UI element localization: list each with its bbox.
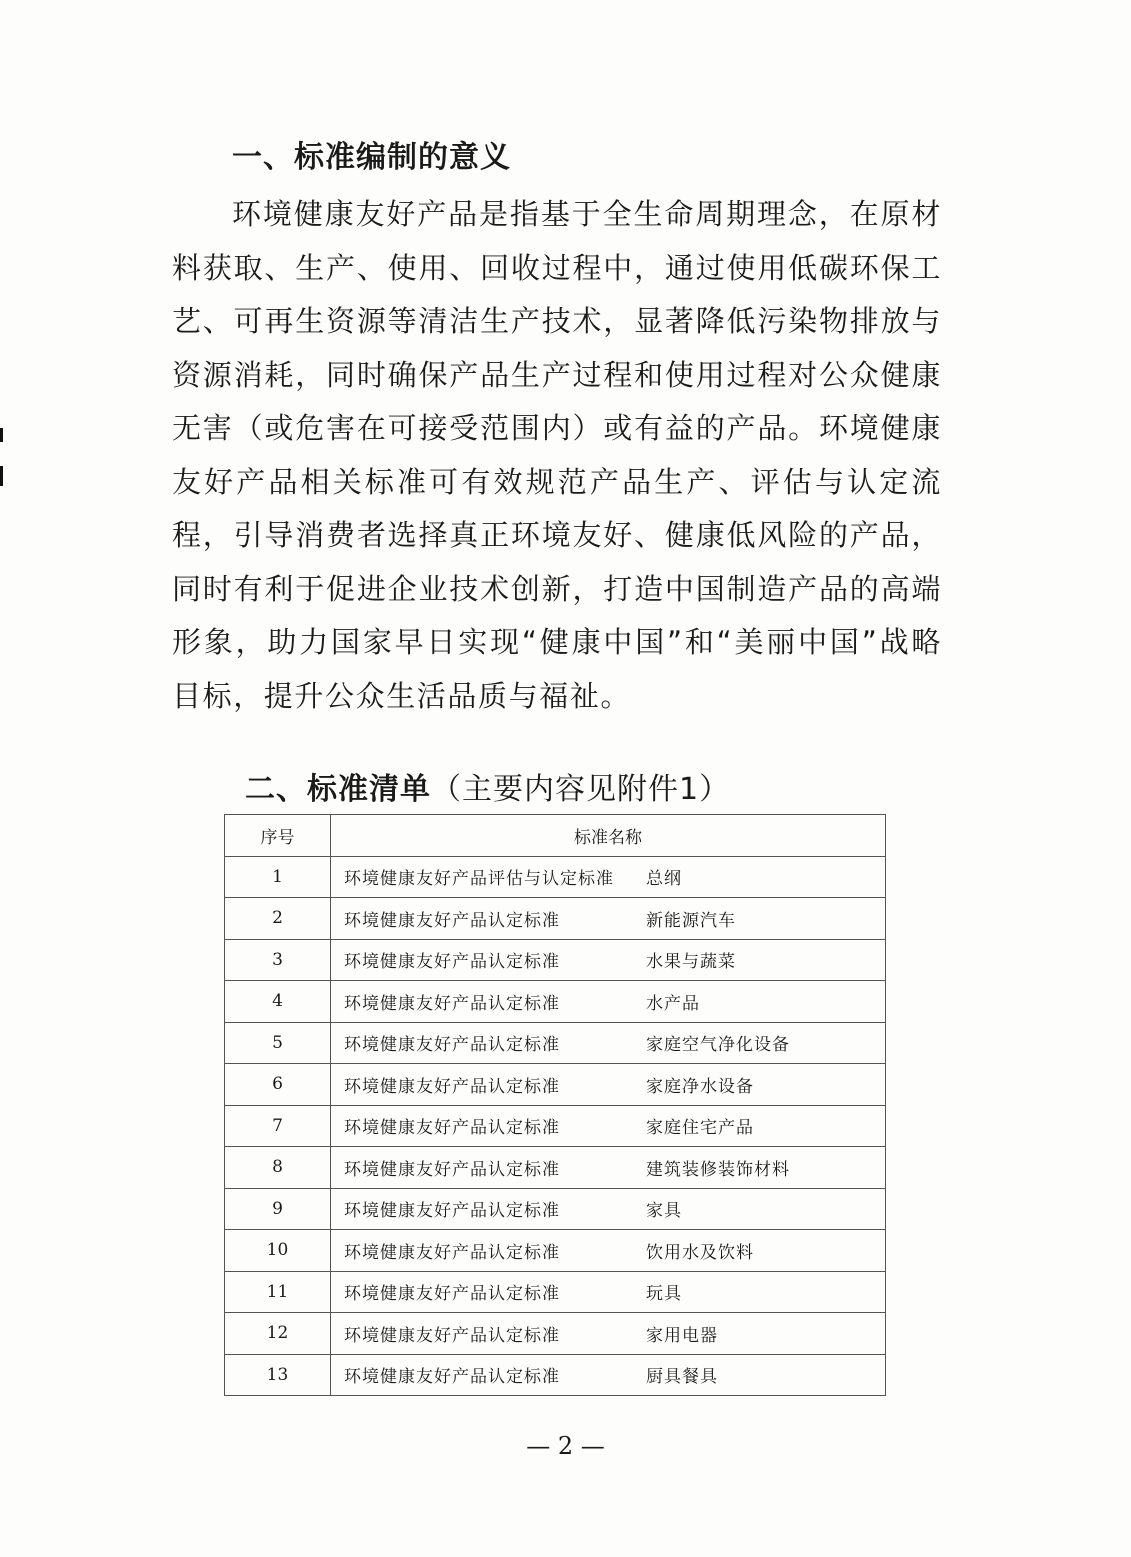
document-page: 一、标准编制的意义 环境健康友好产品是指基于全生命周期理念，在原材料获取、生产、… bbox=[0, 0, 1131, 1557]
standard-name-category: 家庭净水设备 bbox=[646, 1072, 754, 1097]
binding-mark-bottom bbox=[0, 466, 3, 486]
standard-name-cell: 环境健康友好产品认定标准厨具餐具 bbox=[331, 1354, 886, 1396]
standard-name-cell: 环境健康友好产品认定标准家庭住宅产品 bbox=[331, 1105, 886, 1147]
standard-name-category: 新能源汽车 bbox=[646, 906, 736, 931]
table-row: 10环境健康友好产品认定标准饮用水及饮料 bbox=[225, 1230, 886, 1272]
standard-name-cell: 环境健康友好产品认定标准家庭空气净化设备 bbox=[331, 1022, 886, 1064]
standard-name-prefix: 环境健康友好产品认定标准 bbox=[344, 1030, 646, 1055]
section2-heading-title: 二、标准清单 bbox=[245, 772, 431, 807]
table-row: 8环境健康友好产品认定标准建筑装修装饰材料 bbox=[225, 1147, 886, 1189]
standard-name-category: 玩具 bbox=[646, 1279, 682, 1304]
table-row: 11环境健康友好产品认定标准玩具 bbox=[225, 1271, 886, 1313]
section2-heading: 二、标准清单（主要内容见附件1） bbox=[245, 764, 730, 808]
standard-name-cell: 环境健康友好产品评估与认定标准总纲 bbox=[331, 856, 886, 898]
standard-name-prefix: 环境健康友好产品认定标准 bbox=[344, 1238, 646, 1263]
standard-name-prefix: 环境健康友好产品认定标准 bbox=[344, 1362, 646, 1387]
standard-name-cell: 环境健康友好产品认定标准新能源汽车 bbox=[331, 898, 886, 940]
standard-name-cell: 环境健康友好产品认定标准水产品 bbox=[331, 981, 886, 1023]
serial-number-cell: 11 bbox=[225, 1271, 331, 1313]
serial-number-cell: 13 bbox=[225, 1354, 331, 1396]
standard-name-cell: 环境健康友好产品认定标准家用电器 bbox=[331, 1313, 886, 1355]
standard-name-category: 厨具餐具 bbox=[646, 1362, 718, 1387]
serial-number-cell: 4 bbox=[225, 981, 331, 1023]
serial-number-cell: 12 bbox=[225, 1313, 331, 1355]
standard-name-category: 水果与蔬菜 bbox=[646, 947, 736, 972]
standard-name-category: 总纲 bbox=[646, 864, 682, 889]
standard-name-category: 水产品 bbox=[646, 989, 700, 1014]
standard-name-category: 建筑装修装饰材料 bbox=[646, 1155, 790, 1180]
page-number: — 2 — bbox=[0, 1432, 1131, 1460]
serial-number-cell: 10 bbox=[225, 1230, 331, 1272]
section1-paragraph: 环境健康友好产品是指基于全生命周期理念，在原材料获取、生产、使用、回收过程中，通… bbox=[172, 188, 942, 723]
header-serial-number: 序号 bbox=[225, 815, 331, 857]
serial-number-cell: 1 bbox=[225, 856, 331, 898]
standard-name-prefix: 环境健康友好产品认定标准 bbox=[344, 989, 646, 1014]
table-row: 3环境健康友好产品认定标准水果与蔬菜 bbox=[225, 939, 886, 981]
table-row: 12环境健康友好产品认定标准家用电器 bbox=[225, 1313, 886, 1355]
serial-number-cell: 2 bbox=[225, 898, 331, 940]
table-row: 7环境健康友好产品认定标准家庭住宅产品 bbox=[225, 1105, 886, 1147]
serial-number-cell: 9 bbox=[225, 1188, 331, 1230]
standard-name-category: 家用电器 bbox=[646, 1321, 718, 1346]
serial-number-cell: 6 bbox=[225, 1064, 331, 1106]
table-row: 9环境健康友好产品认定标准家具 bbox=[225, 1188, 886, 1230]
table-row: 13环境健康友好产品认定标准厨具餐具 bbox=[225, 1354, 886, 1396]
standard-name-cell: 环境健康友好产品认定标准水果与蔬菜 bbox=[331, 939, 886, 981]
standard-name-category: 家具 bbox=[646, 1196, 682, 1221]
standard-name-prefix: 环境健康友好产品认定标准 bbox=[344, 1072, 646, 1097]
standard-name-prefix: 环境健康友好产品认定标准 bbox=[344, 947, 646, 972]
standard-name-cell: 环境健康友好产品认定标准建筑装修装饰材料 bbox=[331, 1147, 886, 1189]
table-header-row: 序号 标准名称 bbox=[225, 815, 886, 857]
standard-name-prefix: 环境健康友好产品认定标准 bbox=[344, 1321, 646, 1346]
standard-name-prefix: 环境健康友好产品认定标准 bbox=[344, 1113, 646, 1138]
serial-number-cell: 3 bbox=[225, 939, 331, 981]
standard-name-category: 家庭空气净化设备 bbox=[646, 1030, 790, 1055]
table-row: 5环境健康友好产品认定标准家庭空气净化设备 bbox=[225, 1022, 886, 1064]
standard-name-prefix: 环境健康友好产品认定标准 bbox=[344, 1196, 646, 1221]
standard-name-prefix: 环境健康友好产品认定标准 bbox=[344, 1279, 646, 1304]
table-row: 4环境健康友好产品认定标准水产品 bbox=[225, 981, 886, 1023]
standards-table: 序号 标准名称 1环境健康友好产品评估与认定标准总纲2环境健康友好产品认定标准新… bbox=[224, 814, 886, 1396]
table-row: 1环境健康友好产品评估与认定标准总纲 bbox=[225, 856, 886, 898]
table-row: 6环境健康友好产品认定标准家庭净水设备 bbox=[225, 1064, 886, 1106]
standard-name-cell: 环境健康友好产品认定标准家庭净水设备 bbox=[331, 1064, 886, 1106]
standard-name-category: 饮用水及饮料 bbox=[646, 1238, 754, 1263]
standard-name-prefix: 环境健康友好产品认定标准 bbox=[344, 906, 646, 931]
standard-name-cell: 环境健康友好产品认定标准饮用水及饮料 bbox=[331, 1230, 886, 1272]
header-standard-name: 标准名称 bbox=[331, 815, 886, 857]
table-row: 2环境健康友好产品认定标准新能源汽车 bbox=[225, 898, 886, 940]
binding-mark-top bbox=[0, 428, 3, 442]
standard-name-cell: 环境健康友好产品认定标准玩具 bbox=[331, 1271, 886, 1313]
serial-number-cell: 8 bbox=[225, 1147, 331, 1189]
section1-heading: 一、标准编制的意义 bbox=[232, 132, 511, 176]
serial-number-cell: 5 bbox=[225, 1022, 331, 1064]
standard-name-category: 家庭住宅产品 bbox=[646, 1113, 754, 1138]
standard-name-cell: 环境健康友好产品认定标准家具 bbox=[331, 1188, 886, 1230]
serial-number-cell: 7 bbox=[225, 1105, 331, 1147]
standard-name-prefix: 环境健康友好产品认定标准 bbox=[344, 1155, 646, 1180]
section2-heading-note: （主要内容见附件1） bbox=[431, 772, 730, 807]
standard-name-prefix: 环境健康友好产品评估与认定标准 bbox=[344, 864, 646, 889]
